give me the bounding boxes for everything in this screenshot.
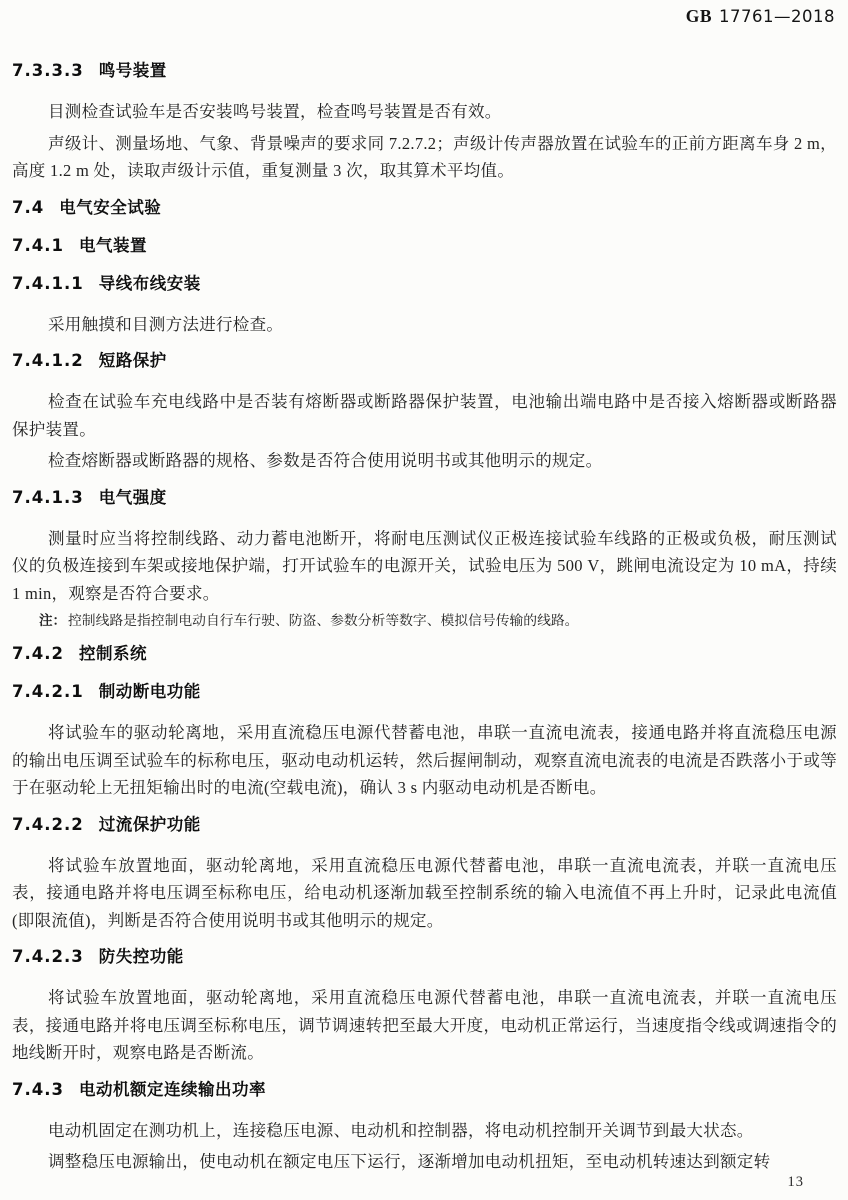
clause-title: 导线布线安装 (99, 274, 201, 293)
body-paragraph: 检查熔断器或断路器的规格、参数是否符合使用说明书或其他明示的规定。 (12, 447, 837, 475)
page-header: GB17761—2018 (12, 6, 837, 28)
note-label: 注： (39, 613, 66, 629)
body-paragraph: 声级计、测量场地、气象、背景噪声的要求同 7.2.7.2；声级计传声器放置在试验… (12, 130, 837, 185)
note-text: 控制线路是指控制电动自行车行驶、防盗、参数分析等数字、模拟信号传输的线路。 (68, 613, 578, 628)
body-paragraph: 将试验车的驱动轮离地，采用直流稳压电源代替蓄电池，串联一直流电流表，接通电路并将… (12, 719, 837, 802)
clause-number: 7.4.1 (12, 236, 64, 255)
clause-title: 电气强度 (99, 488, 167, 507)
clause-title: 鸣号装置 (99, 61, 167, 80)
clause-number: 7.4 (12, 198, 44, 217)
clause-title: 电气装置 (79, 236, 147, 255)
clause-heading-74: 7.4电气安全试验 (12, 197, 837, 219)
clause-number: 7.4.2.1 (12, 682, 84, 701)
clause-number: 7.4.1.2 (12, 351, 84, 370)
clause-number: 7.4.1.1 (12, 274, 84, 293)
clause-heading-743: 7.4.3电动机额定连续输出功率 (12, 1079, 837, 1101)
body-paragraph: 将试验车放置地面，驱动轮离地，采用直流稳压电源代替蓄电池，串联一直流电流表，并联… (12, 984, 837, 1067)
clause-heading-741: 7.4.1电气装置 (12, 235, 837, 257)
body-paragraph: 检查在试验车充电线路中是否装有熔断器或断路器保护装置，电池输出端电路中是否接入熔… (12, 388, 837, 443)
clause-title: 过流保护功能 (99, 815, 201, 834)
clause-number: 7.4.2.3 (12, 947, 84, 966)
clause-heading-7421: 7.4.2.1制动断电功能 (12, 681, 837, 703)
clause-note: 注：控制线路是指控制电动自行车行驶、防盗、参数分析等数字、模拟信号传输的线路。 (12, 611, 837, 631)
document-page: GB17761—2018 7.3.3.3鸣号装置 目测检查试验车是否安装鸣号装置… (0, 0, 848, 1200)
body-paragraph: 电动机固定在测功机上，连接稳压电源、电动机和控制器，将电动机控制开关调节到最大状… (12, 1117, 837, 1145)
body-paragraph: 采用触摸和目测方法进行检查。 (12, 311, 837, 339)
clause-number: 7.3.3.3 (12, 61, 84, 80)
clause-heading-7422: 7.4.2.2过流保护功能 (12, 814, 837, 836)
clause-number: 7.4.2.2 (12, 815, 84, 834)
clause-title: 电动机额定连续输出功率 (79, 1080, 266, 1099)
body-paragraph: 调整稳压电源输出，使电动机在额定电压下运行，逐渐增加电动机扭矩，至电动机转速达到… (12, 1148, 837, 1176)
clause-heading-7411: 7.4.1.1导线布线安装 (12, 273, 837, 295)
standard-number: 17761—2018 (719, 7, 835, 26)
clause-heading-742: 7.4.2控制系统 (12, 643, 837, 665)
clause-number: 7.4.3 (12, 1080, 64, 1099)
clause-number: 7.4.2 (12, 644, 64, 663)
clause-heading-7333: 7.3.3.3鸣号装置 (12, 60, 837, 82)
clause-heading-7423: 7.4.2.3防失控功能 (12, 946, 837, 968)
clause-title: 制动断电功能 (99, 682, 201, 701)
clause-title: 电气安全试验 (59, 198, 161, 217)
body-paragraph: 目测检查试验车是否安装鸣号装置，检查鸣号装置是否有效。 (12, 98, 837, 126)
body-paragraph: 将试验车放置地面，驱动轮离地，采用直流稳压电源代替蓄电池，串联一直流电流表，并联… (12, 852, 837, 935)
standard-code-prefix: GB (686, 6, 712, 26)
clause-number: 7.4.1.3 (12, 488, 84, 507)
clause-title: 短路保护 (99, 351, 167, 370)
clause-title: 防失控功能 (99, 947, 184, 966)
clause-title: 控制系统 (79, 644, 147, 663)
clause-heading-7412: 7.4.1.2短路保护 (12, 350, 837, 372)
body-paragraph: 测量时应当将控制线路、动力蓄电池断开，将耐电压测试仪正极连接试验车线路的正极或负… (12, 525, 837, 608)
page-number: 13 (788, 1174, 805, 1191)
clause-heading-7413: 7.4.1.3电气强度 (12, 487, 837, 509)
